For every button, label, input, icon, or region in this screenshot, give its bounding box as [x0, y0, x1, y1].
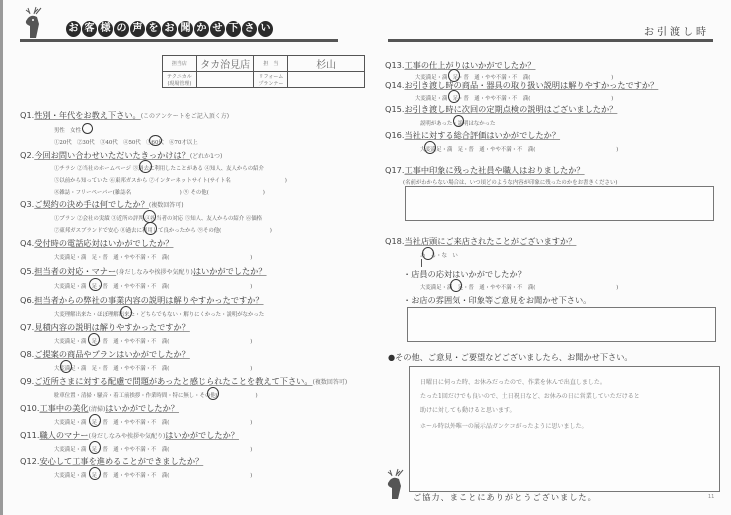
deer-logo-icon	[22, 6, 48, 40]
store-label: 担当店	[163, 56, 197, 72]
answer-circle	[149, 135, 162, 146]
question-q2: Q2.今回お問い合わせいただいたきっかけは？(どれか1つ)	[20, 150, 222, 161]
title-char: 客	[82, 21, 97, 37]
title-char: 様	[98, 21, 113, 37]
survey-title: お 客 様 の 声 を お 聞 か せ 下 さ い	[66, 21, 273, 37]
staff-value[interactable]: 杉山	[288, 56, 365, 72]
question-q9: Q9.ご近所さまに対する配慮で問題があったと感じられたことを教えて下さい。(複数…	[20, 376, 347, 387]
answer-circle	[139, 160, 152, 173]
question-q1: Q1.性別・年代をお教え下さい。(このアンケートをご記入頂く方)	[20, 110, 229, 121]
q11-options[interactable]: 大変満足・満 足・普 通・やや不満・不 満( )	[54, 445, 252, 453]
q14-options[interactable]: 大変満足・満 足・普 通・やや不満・不 満( )	[415, 94, 613, 102]
q2-options-1[interactable]: ①チラシ ②当社のホームページ ③過去に利用したことがある ④知人、友人からの紹…	[54, 164, 264, 172]
question-q12: Q12.安心して工事を進めることができましたか？	[20, 456, 203, 467]
answer-circle	[88, 333, 100, 346]
technical-label: テクニカル(現場管理)	[163, 72, 197, 88]
q17-note: (名前がわからない場合は、いつ頃どのような内容が印象に残ったのかをお書きください…	[403, 178, 617, 186]
answer-circle	[453, 115, 464, 127]
answer-circle	[120, 306, 132, 319]
q18-sub-question-2: ・お店の雰囲気・印象等ご意見をお聞かせ下さい。	[403, 295, 591, 306]
title-char: せ	[210, 21, 225, 37]
question-q16: Q16.当社に対する総合評価はいかがでしたか？	[385, 130, 560, 141]
title-underline	[20, 39, 338, 42]
q3-options-2[interactable]: ⑦東邦ガスブランドで安心 ⑧過去に利用して良かったから ⑨その他( )	[54, 226, 272, 234]
q10-options[interactable]: 大変満足・満 足・普 通・やや不満・不 満( )	[54, 418, 252, 426]
title-char: を	[146, 21, 161, 37]
q16-options[interactable]: 大変満足・満 足・普 通・やや不満・不 満( )	[420, 145, 618, 153]
q2-options-3[interactable]: ⑧雑誌・フリーペーパー(雑誌名 ) ⑨ その他( )	[54, 188, 265, 196]
q17-answer-box[interactable]	[405, 186, 714, 221]
question-q6: Q6.担当者からの弊社の事業内容の説明は解りやすかったですか？	[20, 295, 264, 306]
comment-line: 助けに対しても動けると思います。	[420, 405, 516, 414]
comment-line: たった1回だけでも良いので、土日祝日など、お休みの日に営業していただけると	[420, 391, 640, 400]
title-char: 聞	[178, 21, 193, 37]
title-char: 下	[226, 21, 241, 37]
q1-age-options[interactable]: ①20代 ②30代 ③40代 ④50代 ⑤60代 ⑥70才以上	[54, 138, 198, 146]
question-q8: Q8.ご提案の商品やプランはいかがでしたか？	[20, 349, 190, 360]
question-q5: Q5.担当者の対応・マナー(身だしなみや挨拶や気配り)はいかがでしたか？	[20, 266, 267, 277]
q2-options-2[interactable]: ⑤以前から知っていた ⑥東邦ガスから ⑦インターネットサイト(サイト名 )	[54, 176, 287, 184]
title-char: お	[66, 21, 81, 37]
page-mark: 11	[708, 494, 714, 500]
title-char: か	[194, 21, 209, 37]
answer-circle	[89, 467, 101, 480]
planner-value[interactable]	[288, 72, 365, 88]
question-q10: Q10.工事中の美化(清掃)はいかがでしたか？	[20, 403, 179, 414]
answer-circle	[82, 123, 93, 134]
deer-logo-icon	[385, 468, 409, 500]
answer-circle	[450, 279, 462, 292]
answer-circle	[60, 360, 72, 373]
title-char: の	[114, 21, 129, 37]
technical-value[interactable]	[196, 72, 254, 88]
store-value[interactable]: タカ治見店	[196, 56, 254, 72]
section-title: お引渡し時	[644, 23, 709, 38]
q7-options[interactable]: 大変満足・満 足・普 通・やや不満・不 満( )	[54, 337, 252, 345]
q3-options-1[interactable]: ①プラン ②会社の実績 ③近所の評判 ④担当者の対応 ⑤知人、友人からの紹介 ⑥…	[54, 214, 262, 222]
comments-heading: ●その他、ご意見・ご要望などございましたら、お聞かせ下さい。	[388, 352, 633, 363]
comment-line: ホール時以外唯一の展示品ガンケコがったように思いました。	[420, 421, 588, 430]
answer-circle	[89, 414, 101, 427]
title-char: 声	[130, 21, 145, 37]
question-q13: Q13.工事の仕上がりはいかがでしたか？	[385, 60, 535, 71]
answer-circle	[144, 222, 157, 235]
q12-options[interactable]: 大変満足・満 足・普 通・やや不満・不 満( )	[54, 471, 252, 479]
answer-circle	[424, 141, 436, 154]
arrow-down-icon	[421, 259, 422, 267]
answer-circle	[422, 247, 434, 260]
question-q3: Q3.ご契約の決め手は何でしたか？(複数回答可)	[20, 199, 184, 210]
q9-options[interactable]: 駐車位置・清掃・騒音・着工前挨拶・作業時間・特に無し・その他( )	[54, 391, 258, 399]
planner-label: リフォームプランナー	[254, 72, 288, 88]
q1-gender-options[interactable]: 男性 女性	[54, 126, 81, 134]
q8-options[interactable]: 大変満足・満 足・普 通・やや不満・不 満( )	[54, 364, 252, 372]
question-q7: Q7.見積内容の説明は解りやすかったですか？	[20, 322, 190, 333]
question-q4: Q4.受付時の電話応対はいかがでしたか？	[20, 238, 173, 249]
title-char: お	[162, 21, 177, 37]
question-q11: Q11.職人のマナー(身だしなみや挨拶や気配り)はいかがでしたか？	[20, 430, 239, 441]
question-q18: Q18.当社店頭にご来店されたことがございますか？	[385, 236, 576, 247]
question-q14: Q14.お引き渡し時の商品・器具の取り扱い説明は解りやすかったですか？	[385, 80, 658, 91]
staff-table: 担当店 タカ治見店 担 当 杉山 テクニカル(現場管理) リフォームプランナー	[162, 55, 365, 88]
title-char: い	[258, 21, 273, 37]
q18-sub-question-1: ・店員の応対はいかがでしたか？	[403, 269, 526, 280]
comment-line: 日曜日に伺った時、お休みだったので、作業を休んで出直しました。	[420, 377, 606, 386]
title-char: さ	[242, 21, 257, 37]
q6-options[interactable]: 大変理解出来た・ほぼ理解出来た・どちらでもない・解りにくかった・説明がなかった	[54, 310, 264, 318]
answer-circle	[89, 278, 102, 291]
answer-circle	[448, 90, 460, 103]
question-q15: Q15.お引き渡し時に次回の定期点検の説明はございましたか？	[385, 104, 617, 115]
thanks-message: ご協力、まことにありがとうございました。	[413, 492, 597, 503]
answer-circle	[89, 441, 101, 454]
section-underline	[388, 39, 713, 42]
left-page: お 客 様 の 声 を お 聞 か せ 下 さ い 担当店 タカ治見店 担 当 …	[0, 0, 365, 515]
staff-label: 担 当	[254, 56, 288, 72]
answer-circle	[207, 387, 219, 400]
q5-options[interactable]: 大変満足・満 足・普 通・やや不満・不 満( )	[54, 282, 252, 290]
store-impression-box[interactable]	[407, 307, 716, 342]
q4-options[interactable]: 大変満足・満 足・普 通・やや不満・不 満( )	[54, 253, 252, 261]
question-q17: Q17.工事中印象に残った社員や職人はおりましたか？	[385, 165, 585, 176]
right-page: お引渡し時 Q13.工事の仕上がりはいかがでしたか？ 大変満足・満 足・普 通・…	[365, 0, 731, 515]
